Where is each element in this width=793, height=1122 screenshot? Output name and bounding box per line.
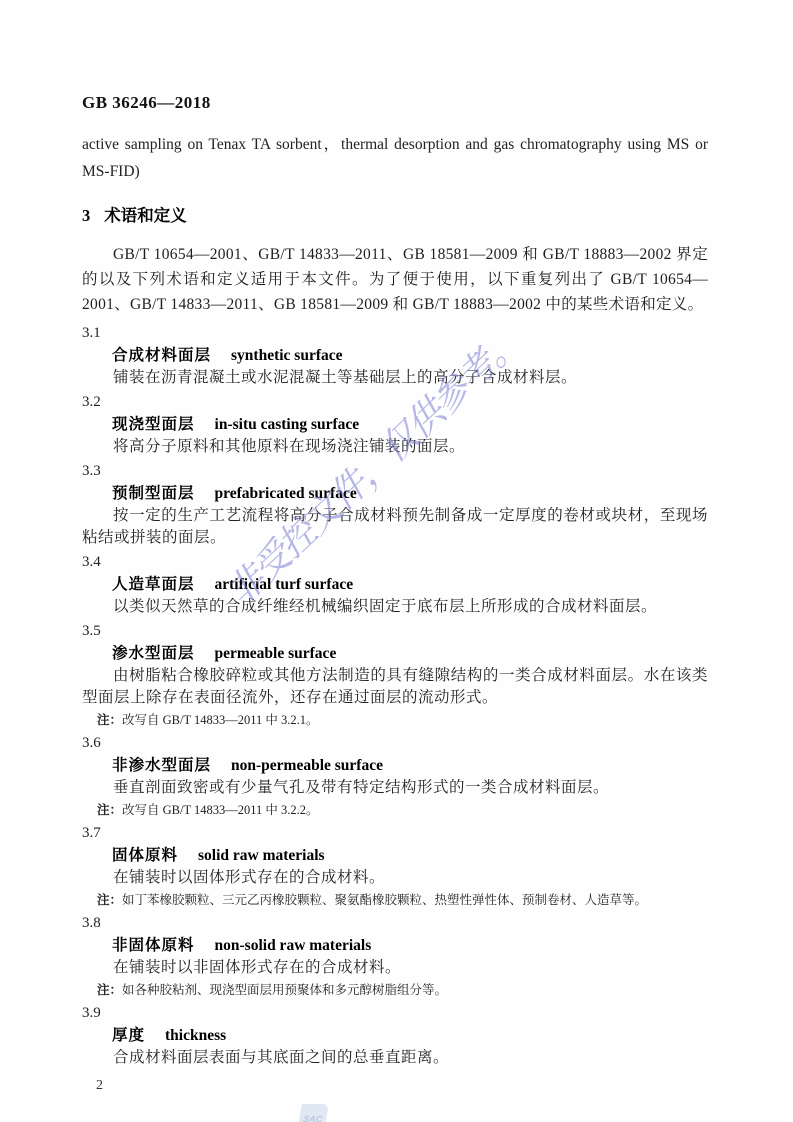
term-en: thickness [165, 1027, 226, 1044]
term-entry-3-2: 3.2 现浇型面层in-situ casting surface 将高分子原料和… [82, 390, 708, 458]
term-zh: 厚度 [112, 1027, 145, 1044]
term-heading: 预制型面层prefabricated surface [112, 482, 708, 505]
term-definition: 合成材料面层表面与其底面之间的总垂直距离。 [82, 1047, 708, 1069]
document-page: GB 36246—2018 active sampling on Tenax T… [0, 0, 793, 1122]
term-zh: 固体原料 [112, 847, 178, 864]
term-definition: 在铺装时以非固体形式存在的合成材料。 [82, 957, 708, 979]
term-number: 3.1 [82, 321, 708, 344]
term-zh: 合成材料面层 [112, 347, 211, 364]
term-heading: 现浇型面层in-situ casting surface [112, 413, 708, 436]
term-number: 3.5 [82, 619, 708, 642]
page-number: 2 [96, 1078, 708, 1094]
term-en: solid raw materials [198, 847, 325, 864]
term-definition: 铺装在沥青混凝土或水泥混凝土等基础层上的高分子合成材料层。 [82, 367, 708, 389]
term-en: prefabricated surface [215, 485, 357, 502]
term-definition: 以类似天然草的合成纤维经机械编织固定于底布层上所形成的合成材料面层。 [82, 596, 708, 618]
term-definition: 将高分子原料和其他原料在现场浇注铺装的面层。 [82, 436, 708, 458]
term-zh: 预制型面层 [112, 485, 195, 502]
intro-paragraph: GB/T 10654—2001、GB/T 14833—2011、GB 18581… [82, 242, 708, 317]
term-entry-3-7: 3.7 固体原料solid raw materials 在铺装时以固体形式存在的… [82, 821, 708, 910]
term-entry-3-6: 3.6 非渗水型面层non-permeable surface 垂直剖面致密或有… [82, 731, 708, 820]
term-zh: 现浇型面层 [112, 416, 195, 433]
term-heading: 渗水型面层permeable surface [112, 642, 708, 665]
sac-logo-text: SAC [302, 1114, 323, 1122]
term-definition: 在铺装时以固体形式存在的合成材料。 [82, 867, 708, 889]
sac-logo: SAC [298, 1104, 329, 1122]
term-heading: 固体原料solid raw materials [112, 844, 708, 867]
term-en: non-permeable surface [231, 757, 383, 774]
term-en: non-solid raw materials [215, 937, 372, 954]
doc-code: GB 36246—2018 [82, 93, 708, 113]
note-label: 注： [97, 983, 122, 997]
term-number: 3.9 [82, 1001, 708, 1024]
note-text: 如各种胶粘剂、现浇型面层用预聚体和多元醇树脂组分等。 [122, 983, 447, 997]
note-label: 注： [97, 893, 122, 907]
term-number: 3.4 [82, 550, 708, 573]
term-definition: 由树脂粘合橡胶碎粒或其他方法制造的具有缝隙结构的一类合成材料面层。水在该类型面层… [82, 665, 708, 709]
note-text: 改写自 GB/T 14833—2011 中 3.2.1。 [122, 713, 319, 727]
term-note: 注：改写自 GB/T 14833—2011 中 3.2.2。 [97, 800, 708, 820]
term-en: permeable surface [215, 645, 337, 662]
term-zh: 非固体原料 [112, 937, 195, 954]
term-entry-3-1: 3.1 合成材料面层synthetic surface 铺装在沥青混凝土或水泥混… [82, 321, 708, 389]
term-number: 3.3 [82, 459, 708, 482]
term-entry-3-4: 3.4 人造草面层artificial turf surface 以类似天然草的… [82, 550, 708, 618]
term-entry-3-5: 3.5 渗水型面层permeable surface 由树脂粘合橡胶碎粒或其他方… [82, 619, 708, 730]
term-heading: 厚度thickness [112, 1024, 708, 1047]
term-zh: 渗水型面层 [112, 645, 195, 662]
term-note: 注：改写自 GB/T 14833—2011 中 3.2.1。 [97, 710, 708, 730]
continuation-text: active sampling on Tenax TA sorbent，ther… [82, 131, 708, 185]
term-number: 3.2 [82, 390, 708, 413]
section-number: 3 [82, 206, 90, 225]
term-heading: 非渗水型面层non-permeable surface [112, 754, 708, 777]
note-text: 如丁苯橡胶颗粒、三元乙丙橡胶颗粒、聚氨酯橡胶颗粒、热塑性弹性体、预制卷材、人造草… [122, 893, 647, 907]
term-entry-3-3: 3.3 预制型面层prefabricated surface 按一定的生产工艺流… [82, 459, 708, 549]
term-entry-3-8: 3.8 非固体原料non-solid raw materials 在铺装时以非固… [82, 911, 708, 1000]
note-label: 注： [97, 803, 122, 817]
terms-list: 3.1 合成材料面层synthetic surface 铺装在沥青混凝土或水泥混… [82, 321, 708, 1069]
section-title: 术语和定义 [104, 206, 187, 225]
section-heading: 3术语和定义 [82, 202, 708, 226]
term-note: 注：如各种胶粘剂、现浇型面层用预聚体和多元醇树脂组分等。 [97, 980, 708, 1000]
term-heading: 非固体原料non-solid raw materials [112, 934, 708, 957]
note-label: 注： [97, 713, 122, 727]
term-number: 3.7 [82, 821, 708, 844]
term-definition: 按一定的生产工艺流程将高分子合成材料预先制备成一定厚度的卷材或块材，至现场粘结或… [82, 505, 708, 549]
note-text: 改写自 GB/T 14833—2011 中 3.2.2。 [122, 803, 319, 817]
term-heading: 合成材料面层synthetic surface [112, 344, 708, 367]
term-en: in-situ casting surface [215, 416, 360, 433]
term-en: artificial turf surface [215, 576, 354, 593]
term-en: synthetic surface [231, 347, 343, 364]
term-entry-3-9: 3.9 厚度thickness 合成材料面层表面与其底面之间的总垂直距离。 [82, 1001, 708, 1069]
term-number: 3.6 [82, 731, 708, 754]
term-definition: 垂直剖面致密或有少量气孔及带有特定结构形式的一类合成材料面层。 [82, 777, 708, 799]
term-zh: 非渗水型面层 [112, 757, 211, 774]
term-zh: 人造草面层 [112, 576, 195, 593]
term-number: 3.8 [82, 911, 708, 934]
term-heading: 人造草面层artificial turf surface [112, 573, 708, 596]
term-note: 注：如丁苯橡胶颗粒、三元乙丙橡胶颗粒、聚氨酯橡胶颗粒、热塑性弹性体、预制卷材、人… [97, 890, 708, 910]
